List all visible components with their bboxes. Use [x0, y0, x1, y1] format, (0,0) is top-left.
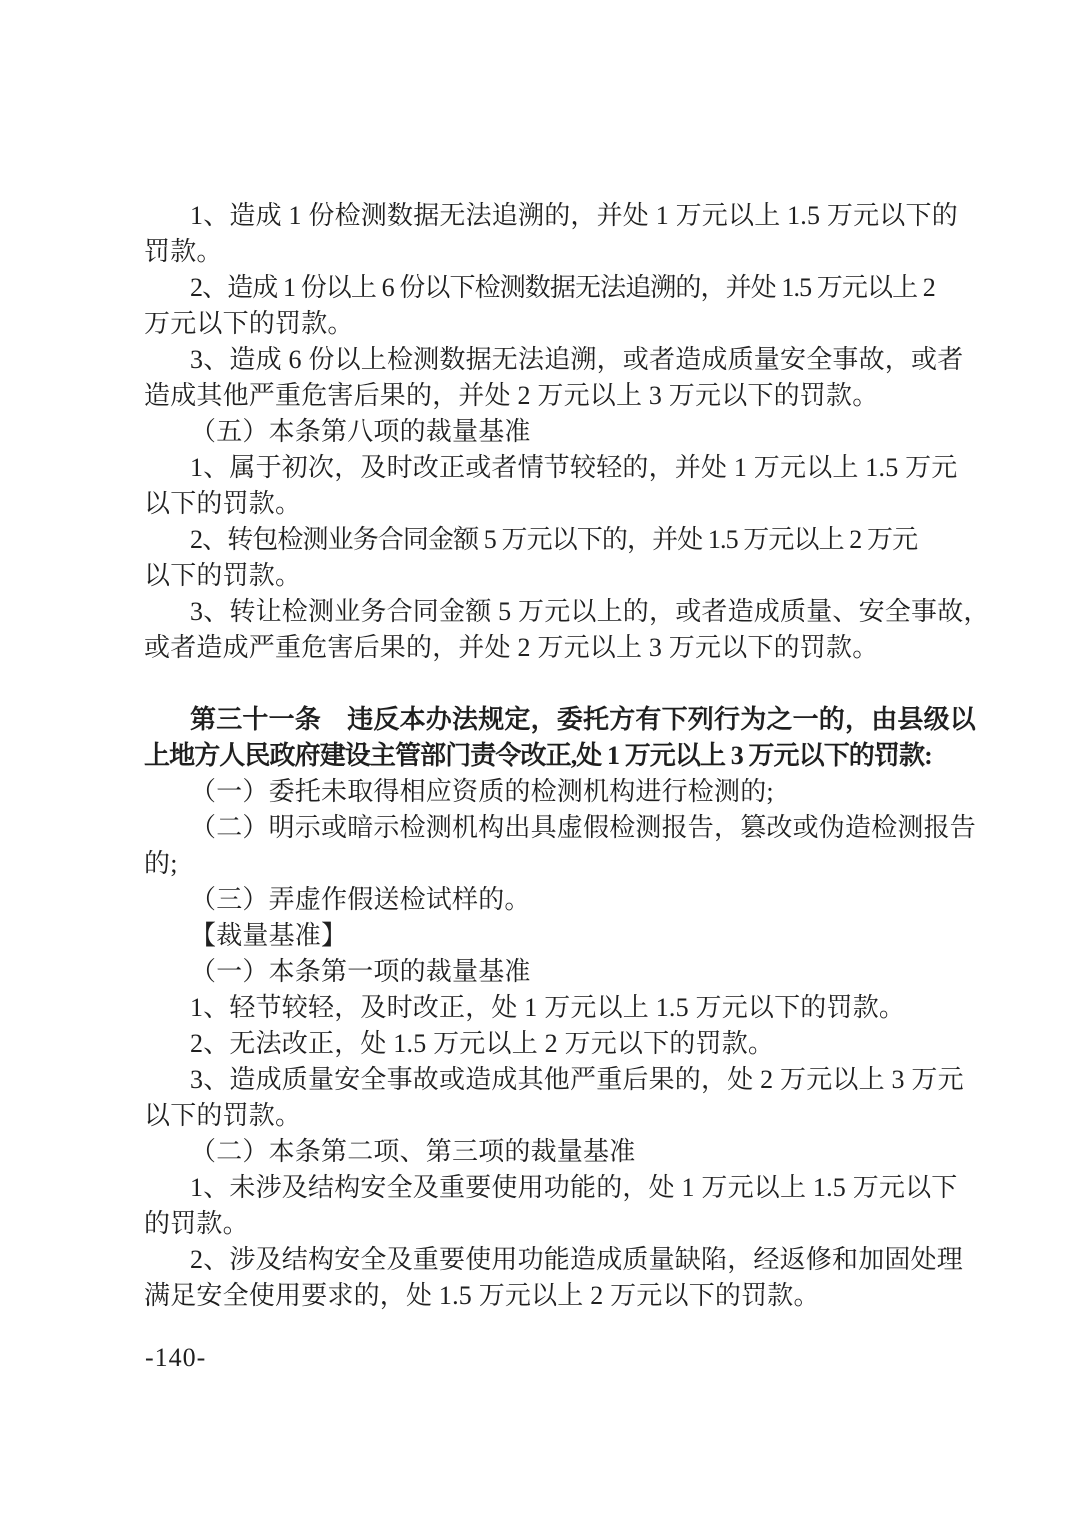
text-line: （三）弄虚作假送检试样的。 [144, 882, 946, 918]
document-body: 1、造成 1 份检测数据无法追溯的，并处 1 万元以上 1.5 万元以下的罚款。… [144, 198, 946, 1314]
text-line: 以下的罚款。 [144, 558, 946, 594]
page-number: -140- [145, 1340, 206, 1376]
text-line: 1、造成 1 份检测数据无法追溯的，并处 1 万元以上 1.5 万元以下的 [144, 198, 946, 234]
text-line: 第三十一条 违反本办法规定，委托方有下列行为之一的，由县级以 [144, 702, 946, 738]
text-line: 罚款。 [144, 234, 946, 270]
text-line: 3、造成 6 份以上检测数据无法追溯，或者造成质量安全事故，或者 [144, 342, 946, 378]
text-line: 2、涉及结构安全及重要使用功能造成质量缺陷，经返修和加固处理 [144, 1242, 946, 1278]
text-line: 1、未涉及结构安全及重要使用功能的，处 1 万元以上 1.5 万元以下 [144, 1170, 946, 1206]
text-line: 上地方人民政府建设主管部门责令改正,处 1 万元以上 3 万元以下的罚款: [144, 738, 946, 774]
blank-line [144, 666, 946, 702]
text-line: 3、造成质量安全事故或造成其他严重后果的，处 2 万元以上 3 万元 [144, 1062, 946, 1098]
document-page: 1、造成 1 份检测数据无法追溯的，并处 1 万元以上 1.5 万元以下的罚款。… [0, 0, 1075, 1520]
text-line: 的罚款。 [144, 1206, 946, 1242]
text-line: 万元以下的罚款。 [144, 306, 946, 342]
text-line: （五）本条第八项的裁量基准 [144, 414, 946, 450]
text-line: 2、造成 1 份以上 6 份以下检测数据无法追溯的，并处 1.5 万元以上 2 [144, 270, 946, 306]
text-line: 以下的罚款。 [144, 486, 946, 522]
text-line: （一）委托未取得相应资质的检测机构进行检测的; [144, 774, 946, 810]
text-line: 1、轻节较轻，及时改正，处 1 万元以上 1.5 万元以下的罚款。 [144, 990, 946, 1026]
text-line: 以下的罚款。 [144, 1098, 946, 1134]
text-line: 满足安全使用要求的，处 1.5 万元以上 2 万元以下的罚款。 [144, 1278, 946, 1314]
text-line: （二）明示或暗示检测机构出具虚假检测报告，篡改或伪造检测报告 [144, 810, 946, 846]
text-line: 造成其他严重危害后果的，并处 2 万元以上 3 万元以下的罚款。 [144, 378, 946, 414]
text-line: 2、无法改正，处 1.5 万元以上 2 万元以下的罚款。 [144, 1026, 946, 1062]
text-line: 的; [144, 846, 946, 882]
text-line: 2、转包检测业务合同金额 5 万元以下的，并处 1.5 万元以上 2 万元 [144, 522, 946, 558]
text-line: 3、转让检测业务合同金额 5 万元以上的，或者造成质量、安全事故， [144, 594, 946, 630]
text-line: （一）本条第一项的裁量基准 [144, 954, 946, 990]
text-line: （二）本条第二项、第三项的裁量基准 [144, 1134, 946, 1170]
text-line: 或者造成严重危害后果的，并处 2 万元以上 3 万元以下的罚款。 [144, 630, 946, 666]
text-line: 1、属于初次，及时改正或者情节较轻的，并处 1 万元以上 1.5 万元 [144, 450, 946, 486]
text-line: 【裁量基准】 [144, 918, 946, 954]
